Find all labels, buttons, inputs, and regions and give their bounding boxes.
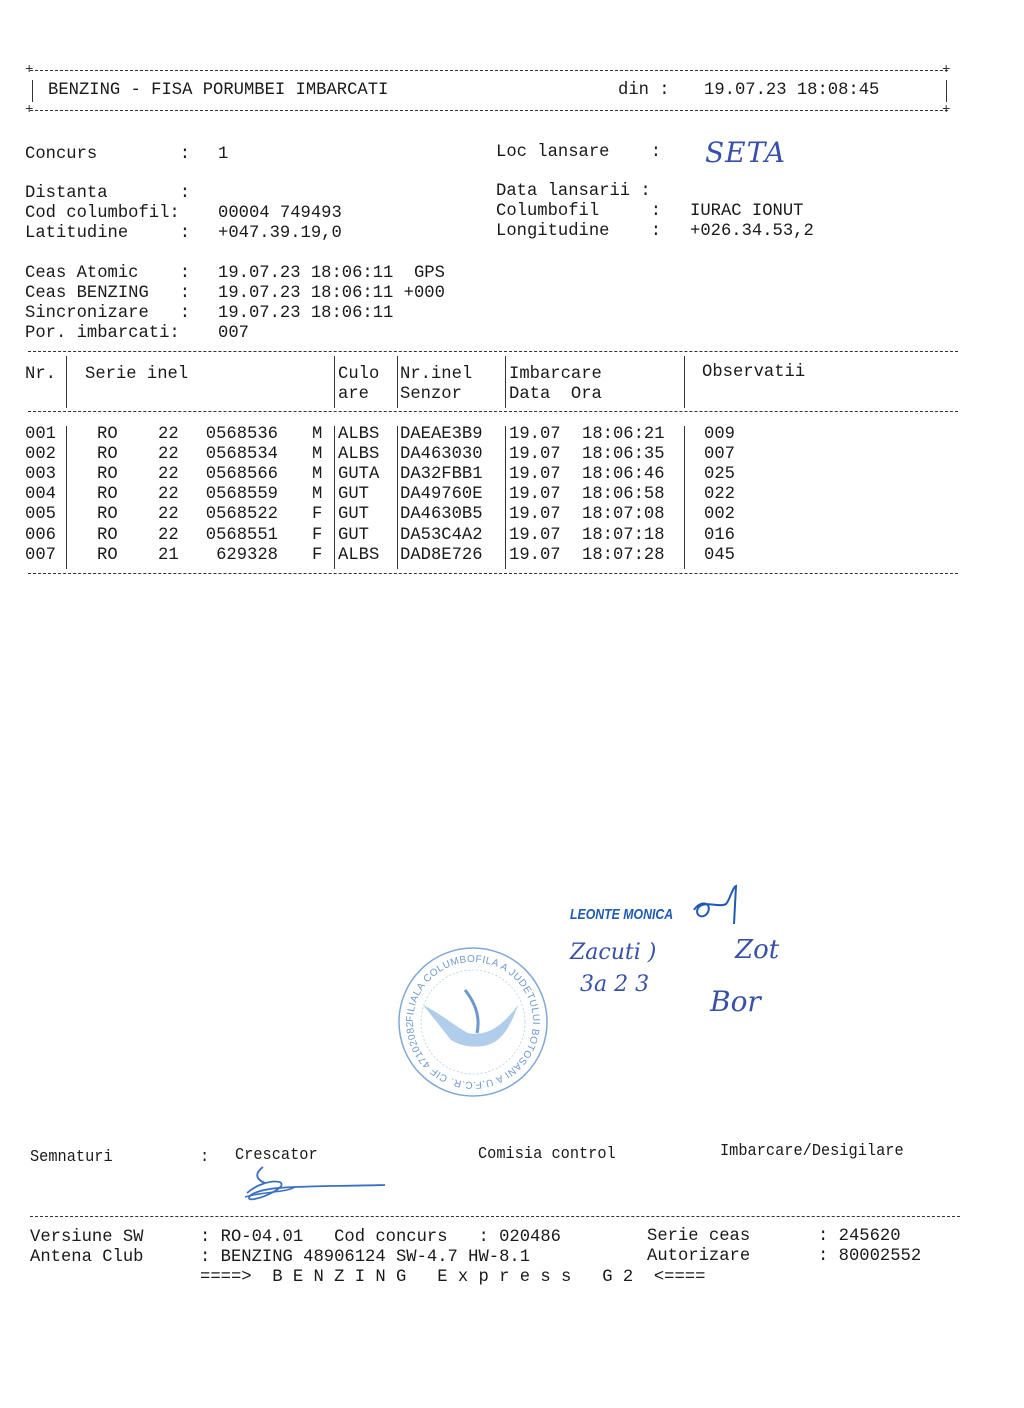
- columbofil-value: IURAC IONUT: [690, 202, 803, 222]
- imbarcare-desigilare-label: Imbarcare/Desigilare: [720, 1142, 904, 1161]
- cell-ring: 0568566: [195, 465, 278, 485]
- ceas-atomic-value: 19.07.23 18:06:11 GPS: [218, 264, 445, 284]
- cell-color: ALBS: [338, 445, 379, 465]
- header-right-border: [946, 80, 947, 102]
- cell-nr: 003: [25, 465, 56, 485]
- table-header-border: [28, 411, 958, 412]
- handwriting-line-2: 3a 2 3: [580, 972, 649, 997]
- print-datetime: 19.07.23 18:08:45: [704, 81, 879, 101]
- col-sep: [505, 356, 506, 408]
- cell-sensor: DA32FBB1: [400, 465, 483, 485]
- crescator-signature-icon: [235, 1163, 395, 1213]
- cell-observatii: 022: [704, 485, 735, 505]
- cell-year: 22: [158, 505, 179, 525]
- cell-observatii: 045: [704, 546, 735, 566]
- header-culoare-2: are: [338, 385, 369, 405]
- header-senzor-2: Senzor: [400, 385, 462, 405]
- por-imbarcati-label: Por. imbarcati:: [25, 324, 180, 344]
- cod-columbofil-value: 00004 749493: [218, 204, 342, 224]
- col-sep: [66, 356, 67, 408]
- handwriting-bor: Bor: [710, 985, 761, 1018]
- cell-color: GUT: [338, 505, 369, 525]
- cell-time: 18:06:21: [582, 425, 665, 445]
- cell-sex: F: [312, 505, 322, 525]
- header-imbarcare-2: Data Ora: [509, 385, 602, 405]
- header-culoare-1: Culo: [338, 365, 379, 385]
- versiune-sw-value: : RO-04.01 Cod concurs : 020486: [200, 1228, 561, 1248]
- cell-observatii: 025: [704, 465, 735, 485]
- data-lansarii-label: Data lansarii :: [496, 182, 651, 202]
- document-title: BENZING - FISA PORUMBEI IMBARCATI: [48, 81, 388, 101]
- cell-year: 22: [158, 465, 179, 485]
- col-sep: [397, 426, 398, 569]
- table-top-border: [28, 351, 958, 352]
- cell-country: RO: [97, 425, 118, 445]
- comisia-control-label: Comisia control: [478, 1145, 616, 1164]
- cell-country: RO: [97, 445, 118, 465]
- versiune-sw-label: Versiune SW: [30, 1228, 143, 1248]
- cell-time: 18:07:08: [582, 505, 665, 525]
- cell-ring: 0568551: [195, 526, 278, 546]
- serie-ceas-label: Serie ceas: [647, 1227, 750, 1247]
- latitudine-value: +047.39.19,0: [218, 224, 342, 244]
- cell-nr: 002: [25, 445, 56, 465]
- cell-ring: 0568534: [195, 445, 278, 465]
- cell-year: 22: [158, 425, 179, 445]
- cell-sex: F: [312, 546, 322, 566]
- cell-country: RO: [97, 465, 118, 485]
- cell-country: RO: [97, 526, 118, 546]
- svg-text:FILIALA COLUMBOFILA A JUDETULU: FILIALA COLUMBOFILA A JUDETULUI BOTOSANI…: [405, 954, 541, 1090]
- corner: +: [942, 105, 950, 115]
- cell-nr: 005: [25, 505, 56, 525]
- cell-date: 19.07: [509, 526, 561, 546]
- header-serie-inel: Serie inel: [85, 365, 188, 385]
- cell-nr: 006: [25, 526, 56, 546]
- cell-time: 18:06:58: [582, 485, 665, 505]
- antena-club-label: Antena Club: [30, 1248, 143, 1268]
- col-sep: [505, 426, 506, 569]
- table-bottom-border: [28, 573, 958, 574]
- col-sep: [397, 356, 398, 408]
- header-bottom-border: [30, 110, 948, 111]
- semnaturi-label: Semnaturi: [30, 1148, 113, 1167]
- col-sep: [684, 356, 685, 408]
- cell-color: GUT: [338, 485, 369, 505]
- club-stamp-icon: FILIALA COLUMBOFILA A JUDETULUI BOTOSANI…: [393, 945, 553, 1100]
- footer-divider: [30, 1216, 960, 1217]
- longitudine-value: +026.34.53,2: [690, 222, 814, 242]
- cell-year: 22: [158, 526, 179, 546]
- cell-sex: F: [312, 526, 322, 546]
- cell-nr: 004: [25, 485, 56, 505]
- ceas-benzing-label: Ceas BENZING :: [25, 284, 190, 304]
- concurs-value: 1: [218, 145, 228, 165]
- latitudine-label: Latitudine :: [25, 224, 190, 244]
- header-observatii: Observatii: [702, 363, 805, 383]
- din-label: din :: [618, 81, 670, 101]
- cell-time: 18:07:18: [582, 526, 665, 546]
- cell-nr: 001: [25, 425, 56, 445]
- signature-scribble-icon: [690, 880, 750, 930]
- cell-nr: 007: [25, 546, 56, 566]
- cell-observatii: 016: [704, 526, 735, 546]
- cell-color: GUTA: [338, 465, 379, 485]
- col-sep: [334, 426, 335, 569]
- handwriting-zot: Zot: [735, 935, 779, 965]
- cell-sex: M: [312, 425, 322, 445]
- header-top-border: [30, 70, 948, 71]
- semnaturi-colon: :: [200, 1148, 209, 1167]
- cod-columbofil-label: Cod columbofil:: [25, 204, 180, 224]
- cell-year: 22: [158, 445, 179, 465]
- cell-observatii: 009: [704, 425, 735, 445]
- cell-sensor: DA49760E: [400, 485, 483, 505]
- header-nr: Nr.: [25, 365, 56, 385]
- autorizare-value: : 80002552: [818, 1247, 921, 1267]
- cell-date: 19.07: [509, 445, 561, 465]
- cell-ring: 629328: [195, 546, 278, 566]
- loc-lansare-label: Loc lansare :: [496, 143, 661, 163]
- cell-sex: M: [312, 465, 322, 485]
- header-senzor-1: Nr.inel: [400, 365, 472, 385]
- col-sep: [334, 356, 335, 408]
- cell-time: 18:07:28: [582, 546, 665, 566]
- longitudine-label: Longitudine :: [496, 222, 661, 242]
- cell-year: 21: [158, 546, 179, 566]
- cell-date: 19.07: [509, 425, 561, 445]
- cell-year: 22: [158, 485, 179, 505]
- loc-lansare-handwritten: SETA: [705, 136, 786, 169]
- col-sep: [684, 426, 685, 569]
- cell-observatii: 007: [704, 445, 735, 465]
- col-sep: [66, 426, 67, 569]
- cell-sensor: DA53C4A2: [400, 526, 483, 546]
- cell-color: ALBS: [338, 546, 379, 566]
- cell-country: RO: [97, 546, 118, 566]
- header-imbarcare-1: Imbarcare: [509, 365, 602, 385]
- cell-sex: M: [312, 485, 322, 505]
- distanta-label: Distanta :: [25, 184, 190, 204]
- corner: +: [942, 65, 950, 75]
- autorizare-label: Autorizare: [647, 1247, 750, 1267]
- cell-date: 19.07: [509, 485, 561, 505]
- cell-country: RO: [97, 485, 118, 505]
- cell-date: 19.07: [509, 546, 561, 566]
- cell-time: 18:06:35: [582, 445, 665, 465]
- ceas-atomic-label: Ceas Atomic :: [25, 264, 190, 284]
- cell-ring: 0568522: [195, 505, 278, 525]
- cell-color: ALBS: [338, 425, 379, 445]
- cell-sensor: DA463030: [400, 445, 483, 465]
- sincronizare-label: Sincronizare :: [25, 304, 190, 324]
- cell-country: RO: [97, 505, 118, 525]
- corner: +: [25, 65, 33, 75]
- serie-ceas-value: : 245620: [818, 1227, 901, 1247]
- cell-sensor: DA4630B5: [400, 505, 483, 525]
- cell-sex: M: [312, 445, 322, 465]
- concurs-label: Concurs :: [25, 145, 190, 165]
- columbofil-label: Columbofil :: [496, 202, 661, 222]
- antena-club-value: : BENZING 48906124 SW-4.7 HW-8.1: [200, 1248, 530, 1268]
- cell-time: 18:06:46: [582, 465, 665, 485]
- por-imbarcati-value: 007: [218, 324, 249, 344]
- handwriting-line-1: Zacuti ): [570, 940, 656, 965]
- cell-sensor: DAEAE3B9: [400, 425, 483, 445]
- stamp-name: LEONTE MONICA: [570, 906, 673, 923]
- cell-date: 19.07: [509, 505, 561, 525]
- header-left-border: [32, 80, 33, 102]
- sincronizare-value: 19.07.23 18:06:11: [218, 304, 393, 324]
- corner: +: [25, 105, 33, 115]
- cell-ring: 0568559: [195, 485, 278, 505]
- cell-date: 19.07: [509, 465, 561, 485]
- cell-sensor: DAD8E726: [400, 546, 483, 566]
- cell-ring: 0568536: [195, 425, 278, 445]
- ceas-benzing-value: 19.07.23 18:06:11 +000: [218, 284, 445, 304]
- cell-observatii: 002: [704, 505, 735, 525]
- cell-color: GUT: [338, 526, 369, 546]
- benzing-banner: ====> B E N Z I N G E x p r e s s G 2 <=…: [200, 1268, 705, 1288]
